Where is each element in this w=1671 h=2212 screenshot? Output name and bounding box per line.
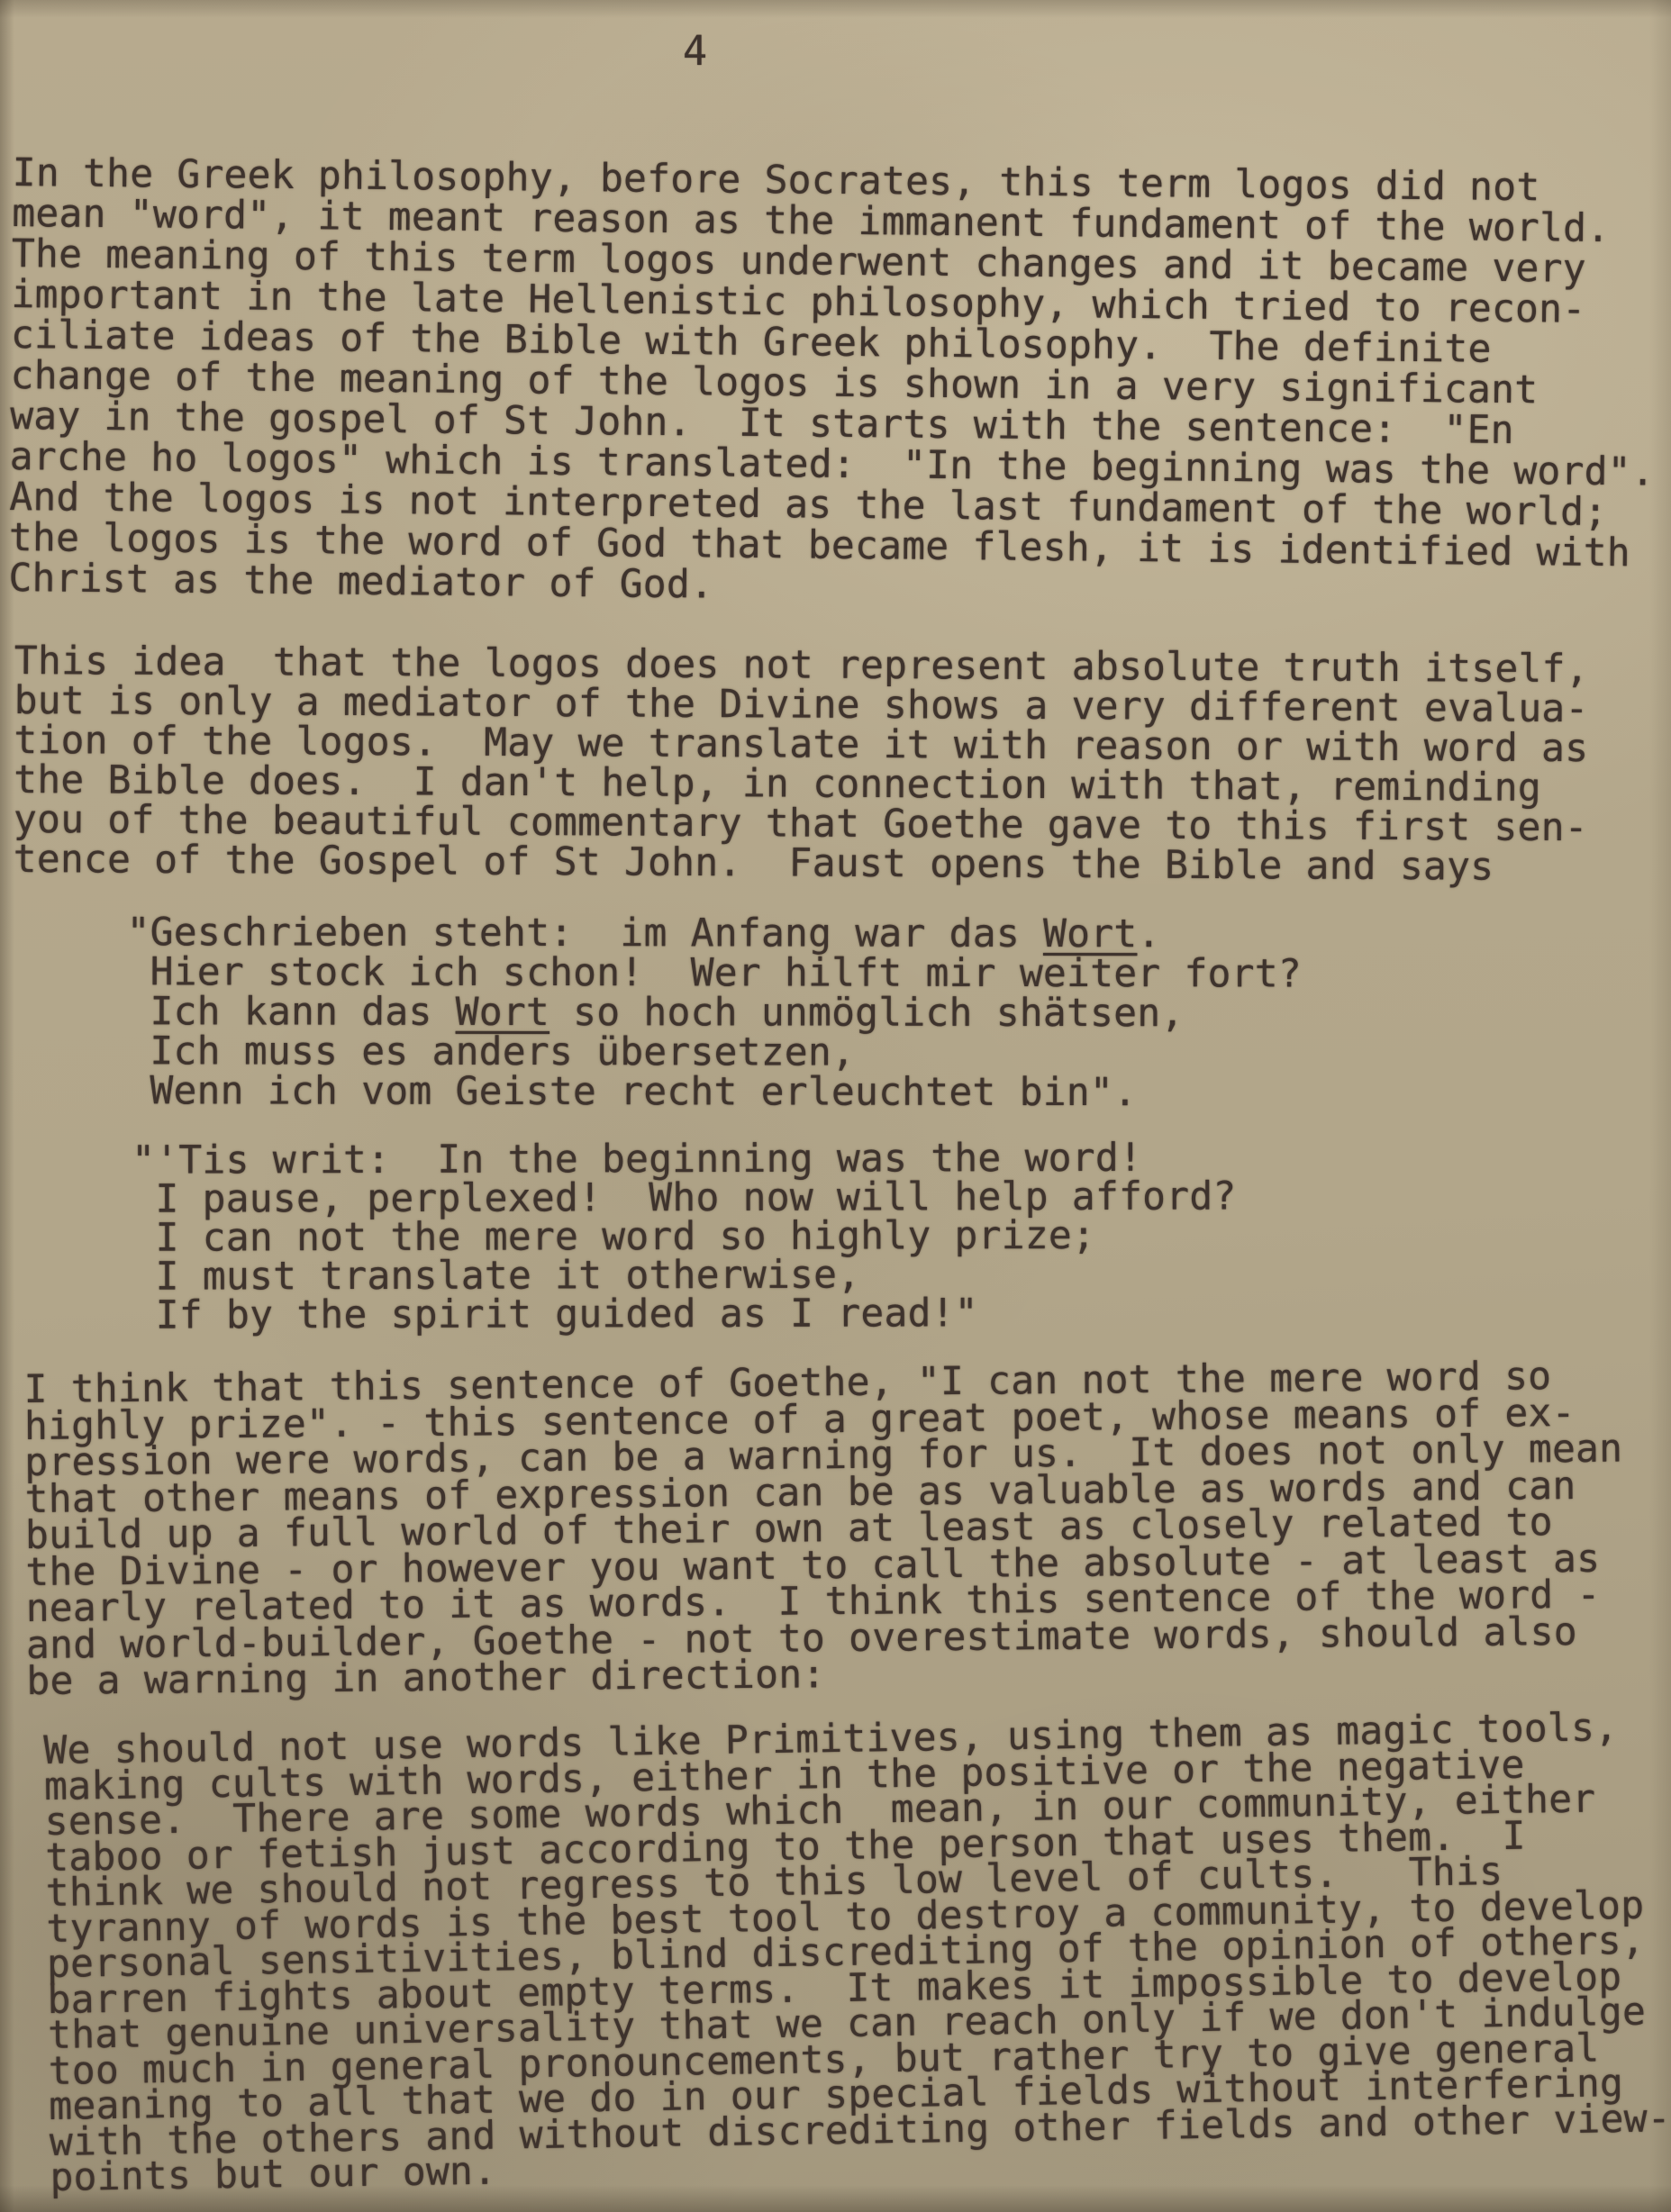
text-line: Hier stock ich schon! Wer hilft mir weit… [9, 952, 1302, 994]
page-number: 4 [683, 27, 707, 75]
english-verse-quote: "'Tis writ: In the beginning was the wor… [14, 1138, 1237, 1336]
paragraph-tyranny-of-words: We should not use words like Primitives,… [43, 1709, 1671, 2196]
paragraph-goethe-warning: I think that this sentence of Goethe, "I… [23, 1358, 1624, 1700]
text-line: Ich kann das Wort so hoch unmöglich shät… [9, 992, 1302, 1034]
typewritten-page: 4 In the Greek philosophy, before Socrat… [0, 0, 1671, 2212]
text-line: I must translate it otherwise, [14, 1255, 1237, 1297]
paragraph-logos-mediator: This idea that the logos does not repres… [14, 641, 1589, 887]
text-line: I can not the mere word so highly prize; [14, 1216, 1237, 1258]
text-line: Ich muss es anders übersetzen, [9, 1031, 1302, 1074]
text-line: If by the spirit guided as I read!" [14, 1293, 1237, 1336]
paragraph-greek-philosophy: In the Greek philosophy, before Socrates… [8, 153, 1657, 615]
german-verse-quote: "Geschrieben steht: im Anfang war das Wo… [9, 912, 1302, 1113]
page-text-layer: 4 In the Greek philosophy, before Socrat… [0, 0, 1671, 2212]
text-line: tence of the Gospel of St John. Faust op… [14, 839, 1588, 887]
text-line: Wenn ich vom Geiste recht erleuchtet bin… [9, 1071, 1302, 1113]
text-line: "Geschrieben steht: im Anfang war das Wo… [9, 912, 1302, 955]
